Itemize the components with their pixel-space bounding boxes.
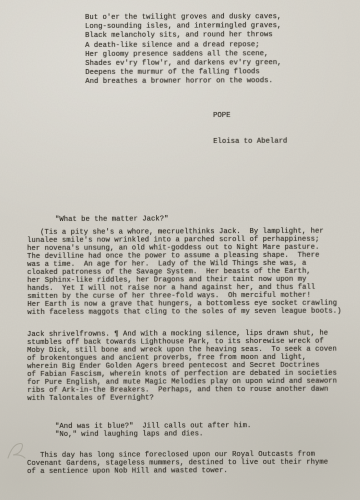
attribution-work: Eloisa to Abelard	[213, 138, 287, 147]
scanned-typescript-page: But o'er the twilight groves and dusky c…	[0, 0, 360, 500]
poem-excerpt: But o'er the twilight groves and dusky c…	[85, 13, 282, 87]
attribution: POPE Eloisa to Abelard	[213, 95, 287, 164]
attribution-author: POPE	[213, 112, 287, 121]
dialogue-exchange: "And was it blue?" Jill calls out after …	[55, 422, 251, 439]
paragraph-jack-lament: (Tis a pity she's a whore, mecruelthinks…	[27, 228, 342, 317]
closing-paragraph: This day has long since foreclosed upon …	[27, 451, 328, 476]
handwritten-pencil-mark	[2, 434, 36, 468]
dialogue-question: "What be the matter Jack?"	[55, 216, 168, 224]
paragraph-jack-departs: Jack shrivelfrowns. ¶ And with a mocking…	[27, 330, 337, 403]
